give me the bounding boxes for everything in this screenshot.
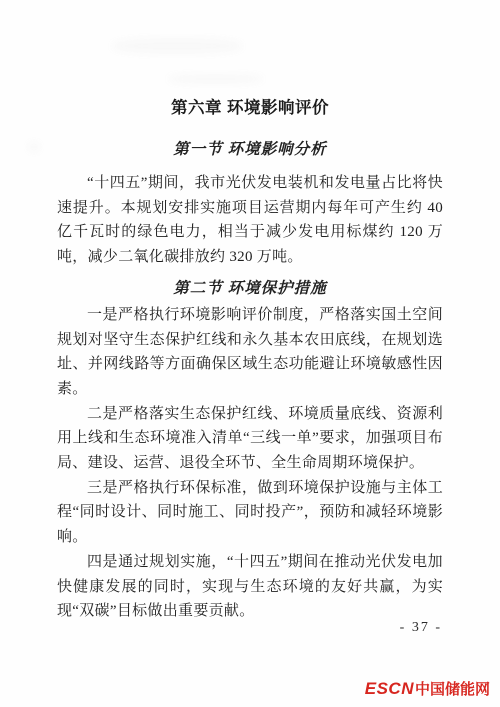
paragraph: “十四五”期间，我市光伏发电装机和发电量占比将快速提升。本规划安排实施项目运营期… (57, 171, 443, 270)
page-content: 第六章 环境影响评价 第一节 环境影响分析 “十四五”期间，我市光伏发电装机和发… (57, 0, 443, 624)
section-1-heading: 第一节 环境影响分析 (57, 139, 443, 161)
document-page: 第六章 环境影响评价 第一节 环境影响分析 “十四五”期间，我市光伏发电装机和发… (0, 0, 500, 707)
escn-logo-text-zh: 中国储能网 (415, 681, 490, 698)
section-1-body: “十四五”期间，我市光伏发电装机和发电量占比将快速提升。本规划安排实施项目运营期… (57, 171, 443, 270)
section-2-body: 一是严格执行环境影响评价制度，严格落实国土空间规划对坚守生态保护红线和永久基本农… (57, 303, 443, 624)
paragraph: 三是严格执行环保标准，做到环境保护设施与主体工程“同时设计、同时施工、同时投产”… (57, 476, 443, 550)
chapter-title: 第六章 环境影响评价 (57, 97, 443, 119)
section-2-heading: 第二节 环境保护措施 (57, 278, 443, 300)
paragraph: 四是通过规划实施，“十四五”期间在推动光伏发电加快健康发展的同时，实现与生态环境… (57, 550, 443, 624)
escn-logo-text-en: ESCN (365, 679, 414, 698)
paragraph: 二是严格落实生态保护红线、环境质量底线、资源利用上线和生态环境准入清单“三线一单… (57, 402, 443, 476)
page-number: - 37 - (400, 620, 442, 636)
paragraph: 一是严格执行环境影响评价制度，严格落实国土空间规划对坚守生态保护红线和永久基本农… (57, 303, 443, 402)
escn-logo: ESCN中国储能网 (365, 678, 490, 701)
scan-artifact (28, 142, 40, 152)
